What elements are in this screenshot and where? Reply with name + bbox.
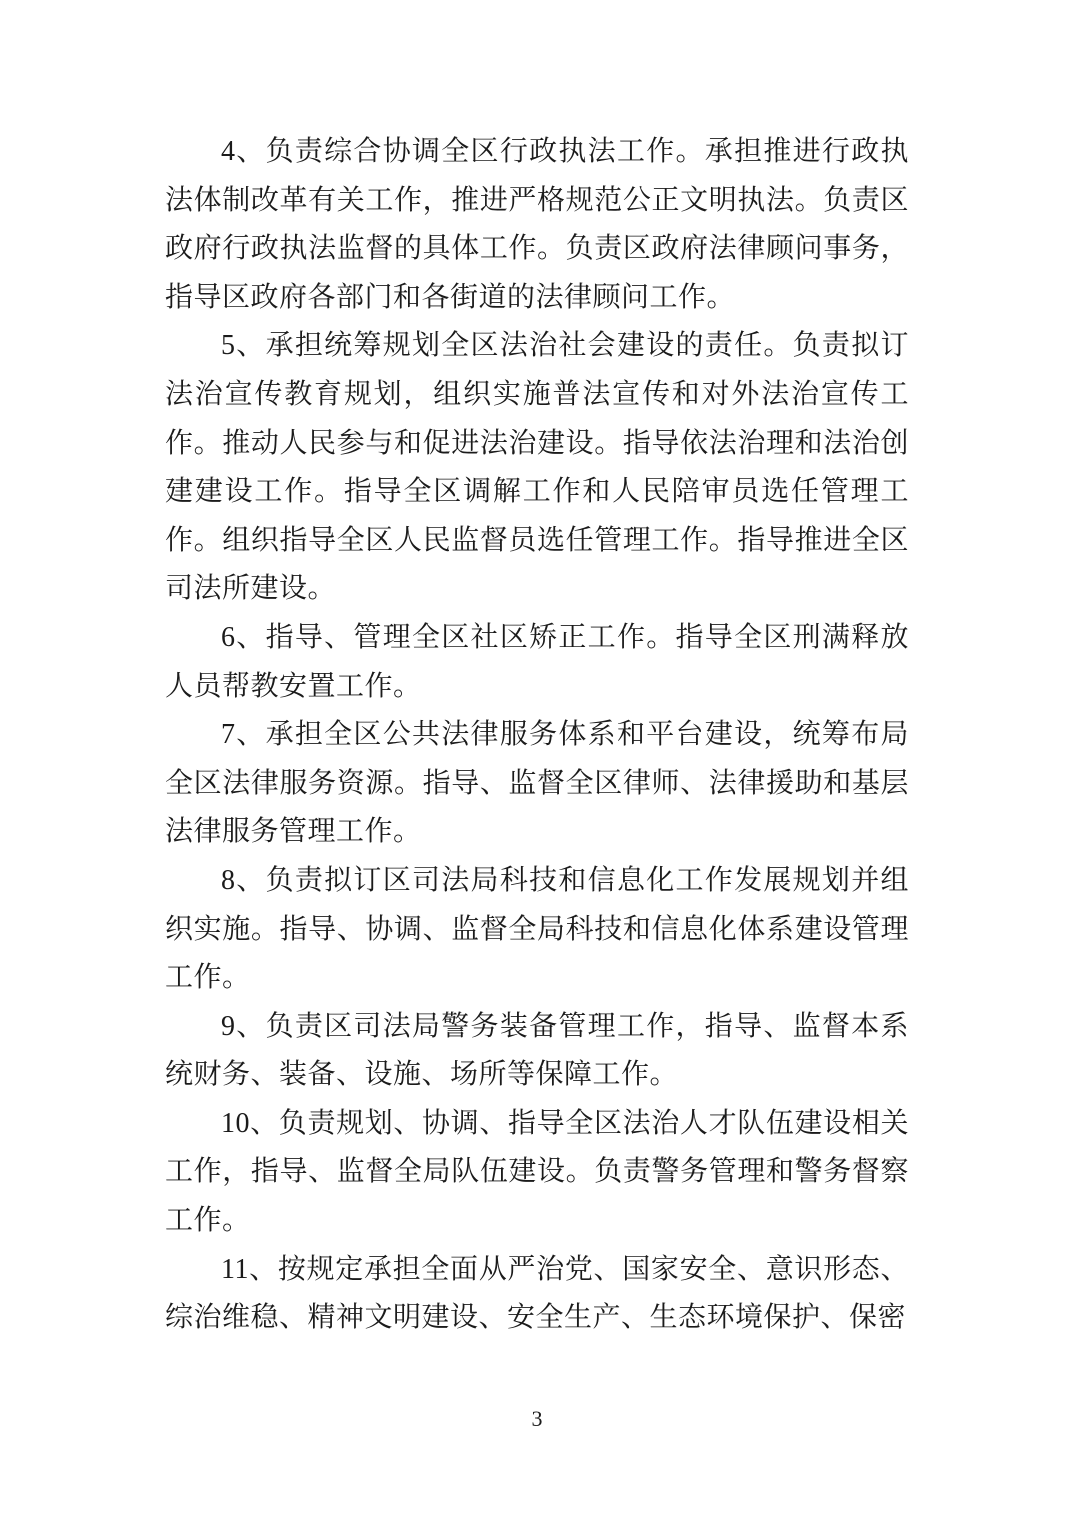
paragraph-item-8: 8、负责拟订区司法局科技和信息化工作发展规划并组织实施。指导、协调、监督全局科技…: [165, 857, 909, 1003]
page-number: 3: [532, 1406, 543, 1431]
document-page: 4、负责综合协调全区行政执法工作。承担推进行政执法体制改革有关工作，推进严格规范…: [0, 0, 1074, 1520]
paragraph-item-11: 11、按规定承担全面从严治党、国家安全、意识形态、综治维稳、精神文明建设、安全生…: [165, 1246, 909, 1343]
paragraph-item-6: 6、指导、管理全区社区矫正工作。指导全区刑满释放人员帮教安置工作。: [165, 614, 909, 711]
document-body: 4、负责综合协调全区行政执法工作。承担推进行政执法体制改革有关工作，推进严格规范…: [165, 128, 909, 1343]
paragraph-item-7: 7、承担全区公共法律服务体系和平台建设，统筹布局全区法律服务资源。指导、监督全区…: [165, 711, 909, 857]
page-footer: 3: [0, 1404, 1074, 1434]
paragraph-item-10: 10、负责规划、协调、指导全区法治人才队伍建设相关工作，指导、监督全局队伍建设。…: [165, 1100, 909, 1246]
paragraph-item-4: 4、负责综合协调全区行政执法工作。承担推进行政执法体制改革有关工作，推进严格规范…: [165, 128, 909, 322]
paragraph-item-5: 5、承担统筹规划全区法治社会建设的责任。负责拟订法治宣传教育规划，组织实施普法宣…: [165, 322, 909, 614]
paragraph-item-9: 9、负责区司法局警务装备管理工作，指导、监督本系统财务、装备、设施、场所等保障工…: [165, 1003, 909, 1100]
